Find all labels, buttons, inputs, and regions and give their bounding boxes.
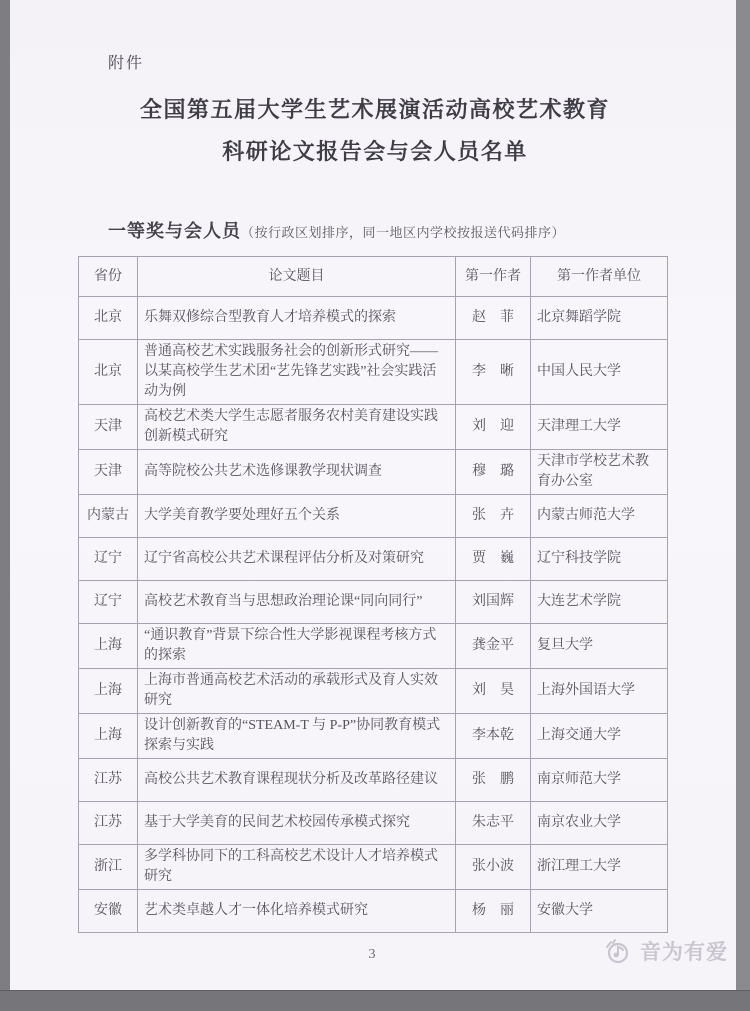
watermark: 音为有爱 — [603, 936, 728, 966]
attendees-table: 省份 论文题目 第一作者 第一作者单位 北京 乐舞双修综合型教育人才培养模式的探… — [78, 256, 668, 933]
table-row: 浙江 多学科协同下的工科高校艺术设计人才培养模式研究 张小波 浙江理工大学 — [79, 845, 668, 890]
cell-first-author: 张小波 — [456, 845, 531, 890]
document-title: 全国第五届大学生艺术展演活动高校艺术教育 科研论文报告会与会人员名单 — [0, 89, 750, 173]
cell-author-unit: 内蒙古师范大学 — [531, 495, 668, 538]
cell-first-author: 刘国辉 — [456, 581, 531, 624]
table-row: 北京 乐舞双修综合型教育人才培养模式的探索 赵 菲 北京舞蹈学院 — [79, 297, 668, 340]
column-header-province: 省份 — [79, 257, 138, 297]
cell-first-author: 龚金平 — [456, 624, 531, 669]
cell-paper-title: 普通高校艺术实践服务社会的创新形式研究——以某高校学生艺术团“艺先锋艺实践”社会… — [138, 340, 456, 405]
cell-province: 安徽 — [79, 890, 138, 933]
table-body: 北京 乐舞双修综合型教育人才培养模式的探索 赵 菲 北京舞蹈学院 北京 普通高校… — [79, 297, 668, 933]
table-row: 内蒙古 大学美育教学要处理好五个关系 张 卉 内蒙古师范大学 — [79, 495, 668, 538]
column-header-first-author: 第一作者 — [456, 257, 531, 297]
cell-first-author: 穆 璐 — [456, 450, 531, 495]
cell-paper-title: 上海市普通高校艺术活动的承载形式及育人实效研究 — [138, 669, 456, 714]
cell-first-author: 李本乾 — [456, 714, 531, 759]
cell-first-author: 刘 昊 — [456, 669, 531, 714]
cell-paper-title: 高校公共艺术教育课程现状分析及改革路径建议 — [138, 759, 456, 802]
cell-author-unit: 安徽大学 — [531, 890, 668, 933]
photo-edge-right — [736, 0, 750, 991]
table-row: 辽宁 高校艺术教育当与思想政治理论课“同向同行” 刘国辉 大连艺术学院 — [79, 581, 668, 624]
table-row: 北京 普通高校艺术实践服务社会的创新形式研究——以某高校学生艺术团“艺先锋艺实践… — [79, 340, 668, 405]
cell-province: 江苏 — [79, 759, 138, 802]
cell-first-author: 赵 菲 — [456, 297, 531, 340]
cell-author-unit: 南京师范大学 — [531, 759, 668, 802]
cell-province: 辽宁 — [79, 581, 138, 624]
cell-first-author: 刘 迎 — [456, 405, 531, 450]
cell-author-unit: 中国人民大学 — [531, 340, 668, 405]
cell-paper-title: 艺术类卓越人才一体化培养模式研究 — [138, 890, 456, 933]
section-title: 一等奖与会人员 — [108, 221, 241, 241]
cell-author-unit: 天津理工大学 — [531, 405, 668, 450]
cell-author-unit: 大连艺术学院 — [531, 581, 668, 624]
cell-province: 上海 — [79, 669, 138, 714]
attachment-label: 附件 — [108, 0, 750, 73]
cell-paper-title: “通识教育”背景下综合性大学影视课程考核方式的探索 — [138, 624, 456, 669]
cell-paper-title: 高校艺术类大学生志愿者服务农村美育建设实践创新模式研究 — [138, 405, 456, 450]
cell-paper-title: 基于大学美育的民间艺术校园传承模式探究 — [138, 802, 456, 845]
cell-province: 浙江 — [79, 845, 138, 890]
cell-first-author: 杨 丽 — [456, 890, 531, 933]
cell-province: 北京 — [79, 340, 138, 405]
cell-paper-title: 设计创新教育的“STEAM-T 与 P-P”协同教育模式探索与实践 — [138, 714, 456, 759]
cell-province: 内蒙古 — [79, 495, 138, 538]
table-header: 省份 论文题目 第一作者 第一作者单位 — [79, 257, 668, 297]
cell-author-unit: 浙江理工大学 — [531, 845, 668, 890]
cell-province: 江苏 — [79, 802, 138, 845]
cell-province: 天津 — [79, 450, 138, 495]
cell-first-author: 李 晰 — [456, 340, 531, 405]
cell-province: 上海 — [79, 714, 138, 759]
cell-first-author: 贾 巍 — [456, 538, 531, 581]
cell-first-author: 张 鹏 — [456, 759, 531, 802]
cell-author-unit: 南京农业大学 — [531, 802, 668, 845]
section-heading: 一等奖与会人员（按行政区划排序，同一地区内学校按报送代码排序） — [108, 217, 750, 243]
cell-author-unit: 天津市学校艺术教育办公室 — [531, 450, 668, 495]
cell-province: 辽宁 — [79, 538, 138, 581]
table-header-row: 省份 论文题目 第一作者 第一作者单位 — [79, 257, 668, 297]
photo-edge-left — [0, 0, 10, 991]
table-row: 江苏 高校公共艺术教育课程现状分析及改革路径建议 张 鹏 南京师范大学 — [79, 759, 668, 802]
table-row: 上海 设计创新教育的“STEAM-T 与 P-P”协同教育模式探索与实践 李本乾… — [79, 714, 668, 759]
cell-author-unit: 上海交通大学 — [531, 714, 668, 759]
table-row: 辽宁 辽宁省高校公共艺术课程评估分析及对策研究 贾 巍 辽宁科技学院 — [79, 538, 668, 581]
table-row: 安徽 艺术类卓越人才一体化培养模式研究 杨 丽 安徽大学 — [79, 890, 668, 933]
document-title-line1: 全国第五届大学生艺术展演活动高校艺术教育 — [0, 89, 750, 131]
cell-paper-title: 高校艺术教育当与思想政治理论课“同向同行” — [138, 581, 456, 624]
cell-first-author: 朱志平 — [456, 802, 531, 845]
document-page: 附件 全国第五届大学生艺术展演活动高校艺术教育 科研论文报告会与会人员名单 一等… — [0, 0, 750, 990]
document-title-line2: 科研论文报告会与会人员名单 — [0, 131, 750, 173]
cell-paper-title: 多学科协同下的工科高校艺术设计人才培养模式研究 — [138, 845, 456, 890]
table-row: 上海 “通识教育”背景下综合性大学影视课程考核方式的探索 龚金平 复旦大学 — [79, 624, 668, 669]
photo-edge-bottom — [0, 990, 750, 1011]
cell-province: 天津 — [79, 405, 138, 450]
cell-author-unit: 上海外国语大学 — [531, 669, 668, 714]
cell-province: 上海 — [79, 624, 138, 669]
table-row: 上海 上海市普通高校艺术活动的承载形式及育人实效研究 刘 昊 上海外国语大学 — [79, 669, 668, 714]
column-header-paper-title: 论文题目 — [138, 257, 456, 297]
cell-paper-title: 乐舞双修综合型教育人才培养模式的探索 — [138, 297, 456, 340]
cell-author-unit: 复旦大学 — [531, 624, 668, 669]
table-row: 天津 高校艺术类大学生志愿者服务农村美育建设实践创新模式研究 刘 迎 天津理工大… — [79, 405, 668, 450]
section-sort-note: （按行政区划排序，同一地区内学校按报送代码排序） — [241, 225, 565, 240]
cell-paper-title: 辽宁省高校公共艺术课程评估分析及对策研究 — [138, 538, 456, 581]
cell-province: 北京 — [79, 297, 138, 340]
cell-author-unit: 北京舞蹈学院 — [531, 297, 668, 340]
column-header-author-unit: 第一作者单位 — [531, 257, 668, 297]
music-mascot-logo-icon — [603, 937, 633, 965]
cell-paper-title: 大学美育教学要处理好五个关系 — [138, 495, 456, 538]
table-row: 天津 高等院校公共艺术选修课教学现状调查 穆 璐 天津市学校艺术教育办公室 — [79, 450, 668, 495]
watermark-label: 音为有爱 — [640, 936, 728, 966]
cell-first-author: 张 卉 — [456, 495, 531, 538]
cell-author-unit: 辽宁科技学院 — [531, 538, 668, 581]
table-row: 江苏 基于大学美育的民间艺术校园传承模式探究 朱志平 南京农业大学 — [79, 802, 668, 845]
cell-paper-title: 高等院校公共艺术选修课教学现状调查 — [138, 450, 456, 495]
